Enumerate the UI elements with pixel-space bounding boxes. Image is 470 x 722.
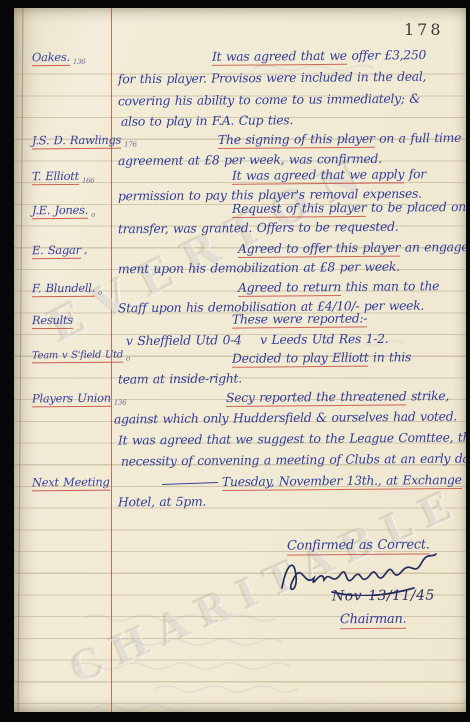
minute-line: team at inside-right. [118, 370, 242, 386]
margin-heading: E. Sagar* [32, 243, 87, 260]
margin-heading: Results [32, 313, 73, 327]
minute-line: against which only Huddersfield & oursel… [114, 409, 457, 427]
minute-line: Hotel, at 5pm. [118, 494, 206, 510]
minute-line: Request of this player to be placed on [232, 199, 466, 216]
match-results-line: v Sheffield Utd 0-4 v Leeds Utd Res 1-2. [126, 331, 388, 348]
minute-line: for this player. Provisos were included … [118, 69, 426, 87]
photographed-minute-book: { "page_number": "178", "watermark": { "… [0, 0, 470, 722]
minute-line: It was agreed that we offer £3,250 [212, 47, 426, 64]
margin-heading: Oakes.136 [32, 50, 85, 67]
minute-line: necessity of convening a meeting of Club… [121, 450, 466, 468]
minute-line: Tuesday, November 13th., at Exchange [222, 472, 462, 489]
margin-heading: Next Meeting [32, 475, 110, 490]
margin-heading: J.E. Jones.o [32, 203, 95, 220]
minute-line: also to play in F.A. Cup ties. [121, 112, 293, 128]
minute-line: It was agreed that we apply for [232, 166, 426, 183]
margin-heading: F. Blundell.o [32, 281, 102, 298]
minute-line: Secy reported the threatened strike, [226, 388, 449, 405]
minute-line: Decided to play Elliott in this [232, 349, 411, 366]
minute-line: agreement at £8 per week, was confirmed. [118, 151, 382, 168]
minute-line: Agreed to offer this player an engage- [238, 239, 466, 256]
minute-line: Agreed to return this man to the [238, 278, 439, 295]
minute-line: These were reported:- [232, 310, 367, 326]
margin-heading: J.S. D. Rawlings176 [32, 133, 137, 150]
margin-heading: T. Elliott166 [32, 169, 94, 186]
scanned-minute-page: EVERTON CHARITABLE TRUST 178 Oakes.136 I… [14, 8, 466, 712]
margin-heading: Players Union136 [32, 391, 126, 408]
minute-line: ment upon his demobilization at £8 per w… [118, 259, 400, 276]
chairman-title: Chairman. [340, 612, 406, 628]
page-number: 178 [404, 20, 444, 39]
minute-line: The signing of this player on a full tim… [218, 130, 461, 147]
margin-heading: Team v S'field Utdo [32, 350, 130, 364]
minute-line: It was agreed that we suggest to the Lea… [118, 429, 466, 447]
minute-line: covering his ability to come to us immed… [118, 91, 420, 109]
signature-date: Nov 13/11/45 [332, 588, 435, 605]
minute-line: transfer, was granted. Offers to be requ… [118, 219, 398, 236]
